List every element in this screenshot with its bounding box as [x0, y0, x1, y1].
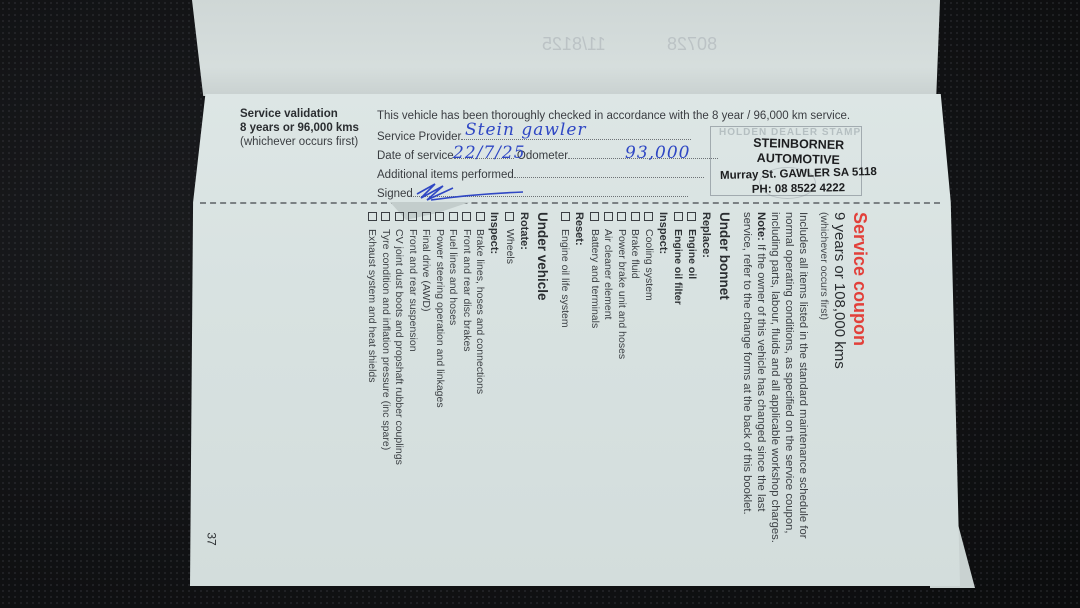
checklist-item-label: Cooling system	[643, 229, 655, 301]
validation-interval: 8 years or 96,000 kms	[240, 121, 359, 135]
checklist-item-label: Power brake unit and hoses	[616, 229, 628, 359]
checklist-item: Battery and terminals	[589, 212, 601, 328]
checklist-item: Engine oil life system	[560, 212, 572, 328]
service-provider-label: Service Provider	[377, 131, 461, 143]
checkbox[interactable]	[618, 212, 627, 221]
coupon-description: Includes all items listed in the standar…	[740, 212, 810, 543]
odometer-value: 93,000	[625, 143, 690, 163]
group-label: Inspect:	[489, 212, 501, 254]
checkbox[interactable]	[382, 212, 391, 221]
checklist-item-label: Engine oil filter	[673, 229, 685, 305]
signature-scribble-icon	[413, 180, 533, 202]
section-heading: Under vehicle	[535, 212, 550, 301]
perforation-line	[200, 202, 940, 204]
group-label: Rotate:	[518, 212, 530, 250]
service-coupon-section: Service coupon 9 years or 108,000 kms (w…	[270, 212, 870, 582]
checklist-item: Exhaust system and heat shields	[367, 212, 379, 383]
checkbox[interactable]	[561, 212, 570, 221]
checkbox[interactable]	[645, 212, 654, 221]
checklist-item-label: Air cleaner element	[603, 229, 615, 319]
checkbox[interactable]	[368, 212, 377, 221]
service-provider-value: Stein gawler	[465, 120, 587, 140]
coupon-interval: 9 years or 108,000 kms	[831, 212, 848, 369]
checklist-item-label: Front and rear suspension	[407, 229, 419, 352]
validation-heading-block: Service validation 8 years or 96,000 kms…	[240, 107, 359, 149]
date-of-service-label: Date of service	[377, 150, 454, 162]
show-through-text: 11/8125	[542, 34, 606, 55]
checklist-item-label: Front and rear disc brakes	[461, 229, 473, 352]
checklist-item-label: Brake fluid	[630, 229, 642, 279]
checkbox[interactable]	[436, 212, 445, 221]
signed-label: Signed	[377, 188, 413, 200]
checklist-item: Tyre condition and inflation pressure (i…	[380, 212, 392, 450]
checklist-item: Engine oil	[686, 212, 698, 279]
checklist-item-label: Wheels	[504, 229, 516, 264]
checklist-item: Power steering operation and linkages	[434, 212, 446, 408]
checkbox[interactable]	[395, 212, 404, 221]
checklist-item: Engine oil filter	[673, 212, 685, 305]
checklist-item: Air cleaner element	[603, 212, 615, 319]
previous-page: 11/8125 80728	[192, 0, 940, 96]
checkbox[interactable]	[463, 212, 472, 221]
checklist-item: Brake fluid	[630, 212, 642, 279]
checkbox[interactable]	[591, 212, 600, 221]
validation-condition: (whichever occurs first)	[240, 135, 359, 149]
checklist-item-label: Brake lines, hoses and connections	[475, 229, 487, 394]
validation-heading: Service validation	[240, 107, 359, 121]
checklist-item-label: Battery and terminals	[589, 229, 601, 328]
group-label: Replace:	[700, 212, 712, 258]
checklist-item-label: Engine oil life system	[560, 229, 572, 328]
group-label: Reset:	[574, 212, 586, 246]
checklist-item-label: Fuel lines and hoses	[448, 229, 460, 325]
checkbox[interactable]	[688, 212, 697, 221]
checkbox[interactable]	[674, 212, 683, 221]
coupon-condition: (whichever occurs first)	[818, 212, 830, 320]
checklist-item: Brake lines, hoses and connections	[475, 212, 487, 394]
additional-items-field[interactable]	[514, 167, 704, 178]
checklist-item-label: Exhaust system and heat shields	[367, 229, 379, 383]
show-through-text: 80728	[667, 34, 717, 55]
checkbox[interactable]	[449, 212, 458, 221]
checklist-item-label: Engine oil	[686, 229, 698, 279]
checklist-item: Fuel lines and hoses	[448, 212, 460, 325]
note-label: Note:	[755, 212, 767, 241]
checklist-item: CV joint dust boots and propshaft rubber…	[394, 212, 406, 465]
checklist-item: Cooling system	[643, 212, 655, 301]
checklist-item: Final drive (AWD)	[421, 212, 433, 311]
checkbox[interactable]	[476, 212, 485, 221]
date-of-service-value: 22/7/25	[453, 143, 526, 163]
checkbox[interactable]	[631, 212, 640, 221]
checklist-item-label: CV joint dust boots and propshaft rubber…	[394, 229, 406, 465]
checkbox[interactable]	[409, 212, 418, 221]
checkbox[interactable]	[506, 212, 515, 221]
coupon-title: Service coupon	[849, 212, 870, 346]
checklist-item-label: Power steering operation and linkages	[434, 229, 446, 408]
page-number: 37	[205, 532, 219, 545]
checklist-item: Front and rear suspension	[407, 212, 419, 352]
service-validation-section: Service validation 8 years or 96,000 kms…	[205, 98, 940, 202]
checkbox[interactable]	[422, 212, 431, 221]
checklist-item-label: Tyre condition and inflation pressure (i…	[380, 229, 392, 450]
section-heading: Under bonnet	[717, 212, 732, 300]
checklist-item: Power brake unit and hoses	[616, 212, 628, 359]
dealer-stamp: HOLDEN DEALER STAMP STEINBORNER AUTOMOTI…	[710, 126, 862, 196]
checklist-item: Front and rear disc brakes	[461, 212, 473, 352]
checklist-item-label: Final drive (AWD)	[421, 229, 433, 311]
stamp-dealer-name: STEINBORNER AUTOMOTIVE	[711, 135, 887, 170]
checklist-item: Wheels	[504, 212, 516, 264]
stamp-phone: PH: 08 8522 4222	[711, 180, 886, 198]
checkbox[interactable]	[604, 212, 613, 221]
group-label: Inspect:	[657, 212, 669, 254]
